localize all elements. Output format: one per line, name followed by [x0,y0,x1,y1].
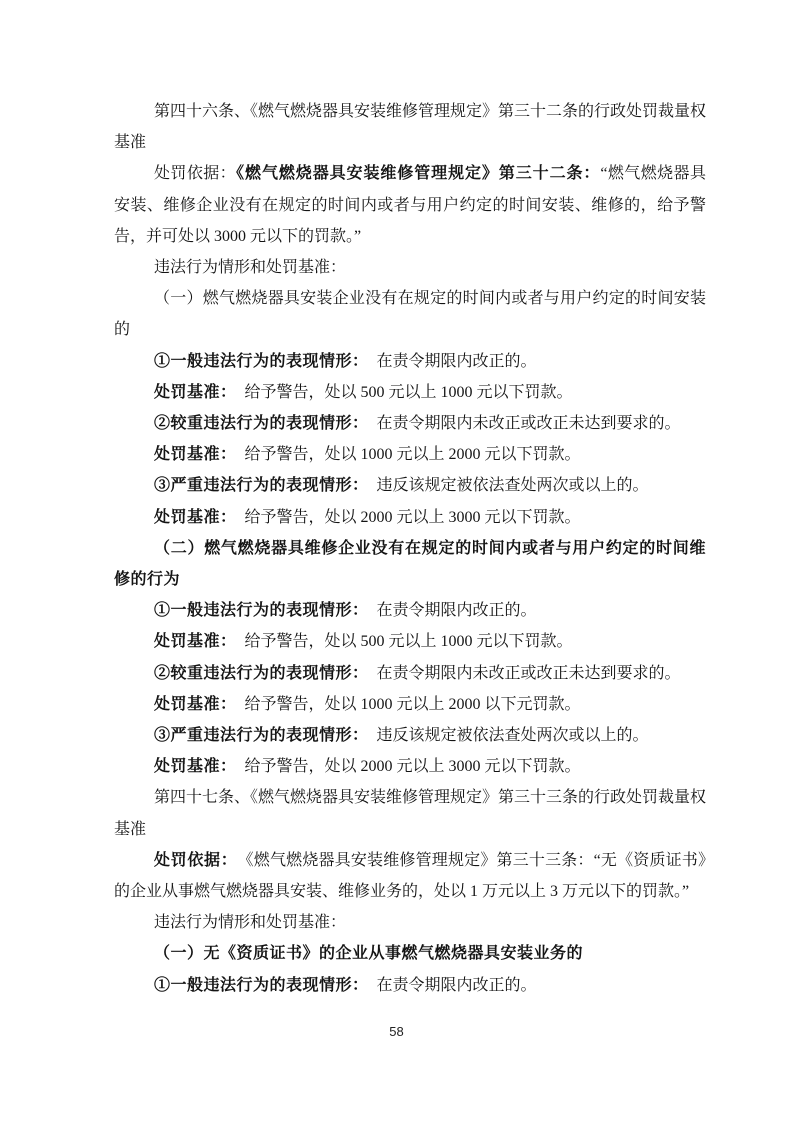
text-segment-bold: ②较重违法行为的表现情形： [154,665,361,682]
text-segment-bold: ③严重违法行为的表现情形： [154,727,361,744]
paragraph: （一）燃气燃烧器具安装企业没有在规定的时间内或者与用户约定的时间安装的 [114,283,706,345]
paragraph: 处罚基准： 给予警告，处以 1000 元以上 2000 以下元罚款。 [114,689,706,720]
paragraph: 处罚基准： 给予警告，处以 1000 元以上 2000 元以下罚款。 [114,439,706,470]
text-segment: 给予警告，处以 500 元以上 1000 元以下罚款。 [229,384,573,401]
paragraph: ③严重违法行为的表现情形： 违反该规定被依法查处两次或以上的。 [114,470,706,501]
text-segment: 违反该规定被依法查处两次或以上的。 [361,477,649,494]
paragraph: 处罚基准： 给予警告，处以 500 元以上 1000 元以下罚款。 [114,377,706,408]
paragraph: 违法行为情形和处罚基准： [114,907,706,938]
paragraph: ①一般违法行为的表现情形： 在责令期限内改正的。 [114,346,706,377]
paragraph: 处罚基准： 给予警告，处以 500 元以上 1000 元以下罚款。 [114,626,706,657]
text-segment: 处罚依据： [154,165,236,182]
text-segment-bold: 处罚基准： [154,384,229,401]
text-segment-bold: （二）燃气燃烧器具维修企业没有在规定的时间内或者与用户约定的时间维修的行为 [114,540,706,588]
paragraph: 处罚基准： 给予警告，处以 2000 元以上 3000 元以下罚款。 [114,751,706,782]
text-segment-bold: ③严重违法行为的表现情形： [154,477,361,494]
paragraph: 处罚基准： 给予警告，处以 2000 元以上 3000 元以下罚款。 [114,502,706,533]
text-segment: 在责令期限内改正的。 [361,602,537,619]
paragraph: 处罚依据：《燃气燃烧器具安装维修管理规定》第三十二条：“燃气燃烧器具安装、维修企… [114,158,706,252]
paragraph: 第四十七条、《燃气燃烧器具安装维修管理规定》第三十三条的行政处罚裁量权基准 [114,782,706,844]
text-segment: 给予警告，处以 1000 元以上 2000 以下元罚款。 [229,696,581,713]
text-segment-bold: 处罚基准： [154,633,229,650]
text-segment: 违法行为情形和处罚基准： [154,259,346,276]
paragraph: ③严重违法行为的表现情形： 违反该规定被依法查处两次或以上的。 [114,720,706,751]
text-segment: 给予警告，处以 2000 元以上 3000 元以下罚款。 [229,509,581,526]
paragraph: ②较重违法行为的表现情形： 在责令期限内未改正或改正未达到要求的。 [114,408,706,439]
paragraph: ②较重违法行为的表现情形： 在责令期限内未改正或改正未达到要求的。 [114,658,706,689]
text-segment-bold: 处罚基准： [154,446,229,463]
text-segment-bold: 处罚依据： [154,852,229,869]
text-segment: 违反该规定被依法查处两次或以上的。 [361,727,649,744]
text-segment: 第四十六条、《燃气燃烧器具安装维修管理规定》第三十二条的行政处罚裁量权基准 [114,103,706,151]
text-segment: 第四十七条、《燃气燃烧器具安装维修管理规定》第三十三条的行政处罚裁量权基准 [114,789,706,837]
paragraph: 违法行为情形和处罚基准： [114,252,706,283]
text-segment-bold: 处罚基准： [154,509,229,526]
document-page: 第四十六条、《燃气燃烧器具安装维修管理规定》第三十二条的行政处罚裁量权基准处罚依… [0,0,793,1122]
text-segment-bold: ①一般违法行为的表现情形： [154,602,361,619]
text-segment: 给予警告，处以 500 元以上 1000 元以下罚款。 [229,633,573,650]
text-segment: 违法行为情形和处罚基准： [154,914,346,931]
text-segment: 给予警告，处以 2000 元以上 3000 元以下罚款。 [229,758,581,775]
paragraph: 处罚依据： 《燃气燃烧器具安装维修管理规定》第三十三条：“无《资质证书》的企业从… [114,845,706,907]
text-segment-bold: ②较重违法行为的表现情形： [154,415,361,432]
text-segment: 在责令期限内未改正或改正未达到要求的。 [361,415,681,432]
text-segment-bold: ①一般违法行为的表现情形： [154,353,361,370]
text-segment: 在责令期限内未改正或改正未达到要求的。 [361,665,681,682]
document-body: 第四十六条、《燃气燃烧器具安装维修管理规定》第三十二条的行政处罚裁量权基准处罚依… [114,96,706,1001]
text-segment: （一）燃气燃烧器具安装企业没有在规定的时间内或者与用户约定的时间安装的 [114,290,706,338]
text-segment-bold: （一）无《资质证书》的企业从事燃气燃烧器具安装业务的 [154,945,583,962]
text-segment: 给予警告，处以 1000 元以上 2000 元以下罚款。 [229,446,581,463]
paragraph: （一）无《资质证书》的企业从事燃气燃烧器具安装业务的 [114,938,706,969]
paragraph: 第四十六条、《燃气燃烧器具安装维修管理规定》第三十二条的行政处罚裁量权基准 [114,96,706,158]
text-segment-bold: 处罚基准： [154,696,229,713]
text-segment: 在责令期限内改正的。 [361,977,537,994]
paragraph: ①一般违法行为的表现情形： 在责令期限内改正的。 [114,970,706,1001]
text-segment-bold: ①一般违法行为的表现情形： [154,977,361,994]
paragraph: （二）燃气燃烧器具维修企业没有在规定的时间内或者与用户约定的时间维修的行为 [114,533,706,595]
text-segment-bold: 处罚基准： [154,758,229,775]
paragraph: ①一般违法行为的表现情形： 在责令期限内改正的。 [114,595,706,626]
text-segment: 在责令期限内改正的。 [361,353,537,370]
text-segment-bold: 《燃气燃烧器具安装维修管理规定》第三十二条： [236,165,600,182]
page-number: 58 [0,1024,793,1039]
